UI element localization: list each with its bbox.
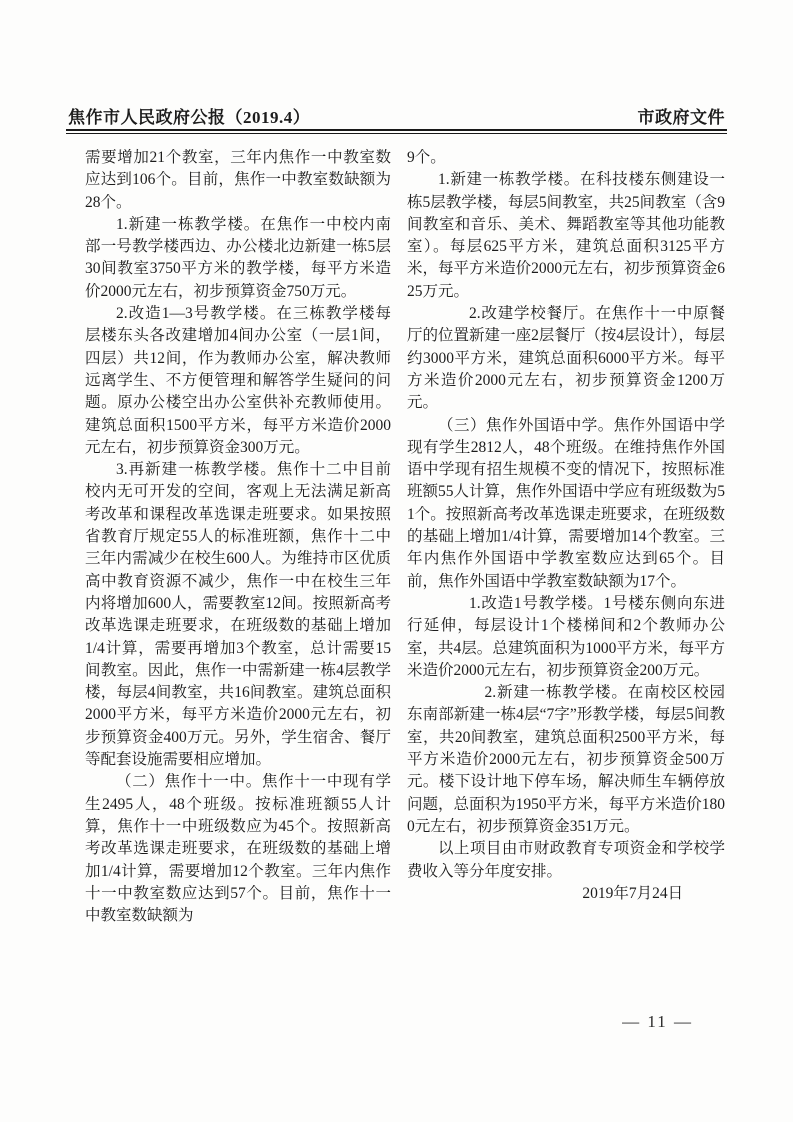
page-number: — 11 — bbox=[622, 1012, 693, 1032]
gazette-title: 焦作市人民政府公报（2019.4） bbox=[68, 103, 310, 128]
document-category: 市政府文件 bbox=[638, 103, 726, 128]
paragraph-item-1-renovate-building-1: 1.改造1号教学楼。1号楼东侧向东进行延伸，每层设计1个楼梯间和2个教师办公室，… bbox=[407, 593, 725, 682]
page-header: 焦作市人民政府公报（2019.4） 市政府文件 bbox=[68, 103, 725, 128]
body-columns: 需要增加21个教室，三年内焦作一中教室数应达到106个。目前，焦作一中教室数缺额… bbox=[85, 147, 725, 927]
paragraph-section-3-foreign-language-school: （三）焦作外国语中学。焦作外国语中学现有学生2812人，48个班级。在维持焦作外… bbox=[407, 415, 725, 593]
paragraph-item-2-rebuild-canteen: 2.改建学校餐厅。在焦作十一中原餐厅的位置新建一座2层餐厅（按4层设计），每层约… bbox=[407, 303, 725, 414]
paragraph-item-3-another-building: 3.再新建一栋教学楼。焦作十二中目前校内无可开发的空间，客观上无法满足新高考改革… bbox=[85, 459, 391, 771]
right-column: 9个。 1.新建一栋教学楼。在科技楼东侧建设一栋5层教学楼，每层5间教室，共25… bbox=[407, 147, 725, 927]
paragraph-item-2-new-l-shaped-building: 2.新建一栋教学楼。在南校区校园东南部新建一栋4层“7字”形教学楼，每层5间教室… bbox=[407, 682, 725, 838]
paragraph-funding-note: 以上项目由市财政教育专项资金和学校学费收入等分年度安排。 bbox=[407, 838, 725, 883]
gazette-page: 焦作市人民政府公报（2019.4） 市政府文件 需要增加21个教室，三年内焦作一… bbox=[0, 0, 793, 1122]
left-column: 需要增加21个教室，三年内焦作一中教室数应达到106个。目前，焦作一中教室数缺额… bbox=[85, 147, 391, 927]
paragraph-continuation: 9个。 bbox=[407, 147, 725, 169]
paragraph-section-2-jiaozuo-no11: （二）焦作十一中。焦作十一中现有学生2495人，48个班级。按标准班额55人计算… bbox=[85, 771, 391, 927]
paragraph-item-1-new-teaching-building: 1.新建一栋教学楼。在科技楼东侧建设一栋5层教学楼，每层5间教室，共25间教室（… bbox=[407, 169, 725, 303]
header-rule bbox=[66, 129, 727, 134]
paragraph-item-2-renovate-buildings: 2.改造1—3号教学楼。在三栋教学楼每层楼东头各改建增加4间办公室（一层1间，四… bbox=[85, 303, 391, 459]
paragraph-continued-from-previous-page: 需要增加21个教室，三年内焦作一中教室数应达到106个。目前，焦作一中教室数缺额… bbox=[85, 147, 391, 214]
date-line: 2019年7月24日 bbox=[407, 883, 725, 905]
paragraph-item-1-new-building: 1.新建一栋教学楼。在焦作一中校内南部一号教学楼西边、办公楼北边新建一栋5层30… bbox=[85, 214, 391, 303]
